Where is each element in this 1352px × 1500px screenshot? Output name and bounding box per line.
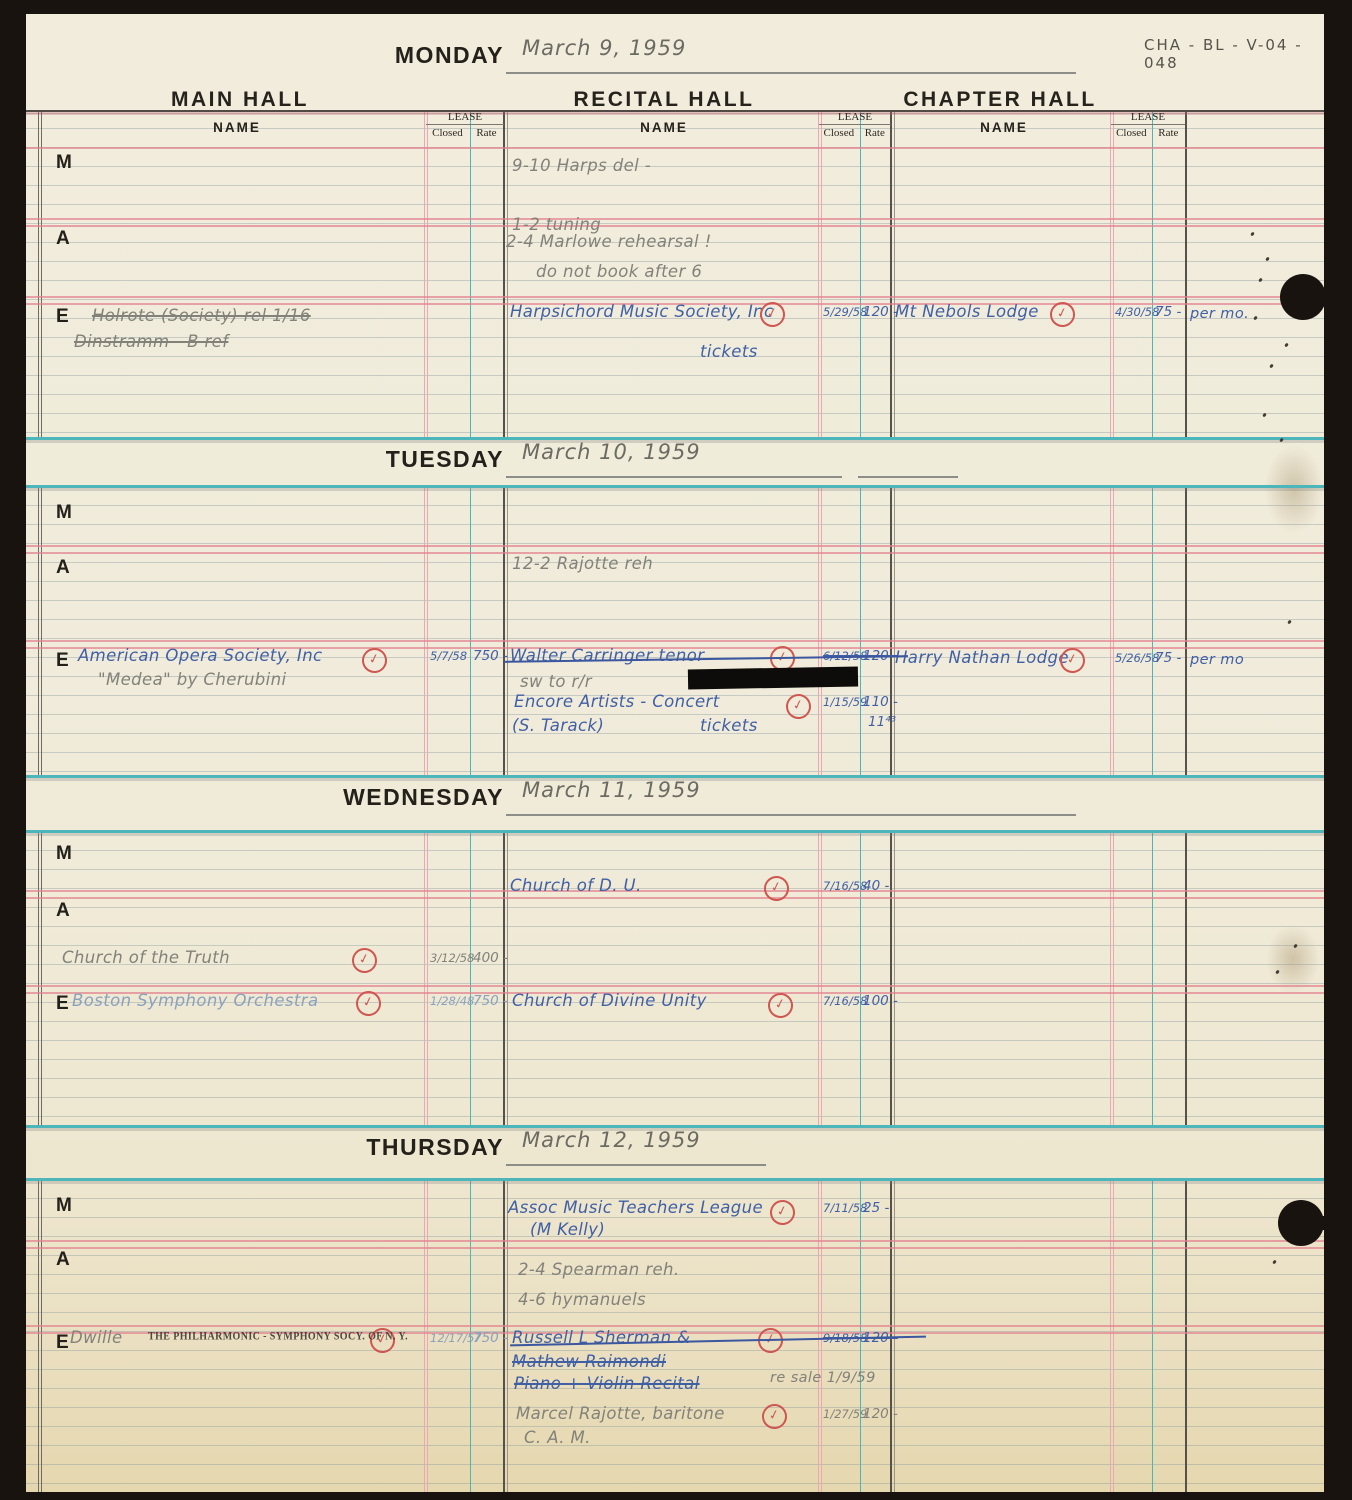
grid-vline [427, 1180, 428, 1492]
day-banner-tuesday: TUESDAY March 10, 1959 [26, 438, 1324, 486]
entry-text-tue-recital-e3: Encore Artists - Concert [514, 692, 720, 711]
row-label-a: A [56, 557, 70, 579]
grid-vline [860, 832, 861, 1125]
punch-hole-notch [1316, 290, 1324, 304]
grid-vline [1113, 487, 1114, 775]
entry-text-tue-main-e: "Medea" by Cherubini [98, 670, 287, 689]
day-date-handwritten: March 11, 1959 [522, 778, 701, 802]
entry-text-wed-main-e: Boston Symphony Orchestra [72, 991, 319, 1010]
annotation-tickets: tickets [700, 716, 758, 735]
row-separator [26, 897, 1324, 899]
lease-closed-date: 7/16/58 [823, 994, 867, 1008]
entry-text-thu-recital-a: 4-6 hymanuels [518, 1290, 646, 1309]
lease-label: LEASE [1111, 111, 1185, 125]
row-label-e: E [56, 306, 69, 328]
hall-title-recital: RECITAL HALL [514, 88, 814, 112]
row-label-e: E [56, 1332, 69, 1354]
grid-vline [424, 487, 425, 775]
grid-vline [821, 487, 822, 775]
entry-text-mon-recital-e: Harpsichord Music Society, Inc [510, 302, 774, 321]
ruled-section [26, 832, 1324, 1125]
column-header-name: NAME [48, 120, 426, 135]
entry-text-thu-recital-e2: C. A. M. [524, 1428, 591, 1447]
day-date-handwritten: March 12, 1959 [522, 1128, 701, 1152]
row-separator [26, 225, 1324, 227]
lease-header: LEASE Closed Rate [426, 111, 504, 146]
row-label-a: A [56, 900, 70, 922]
grid-vline [1152, 832, 1153, 1125]
row-separator [26, 545, 1324, 547]
hall-title-main: MAIN HALL [90, 88, 390, 112]
entry-text-thu-recital-e2: Marcel Rajotte, baritone [516, 1404, 725, 1423]
grid-vline [1152, 1180, 1153, 1492]
entry-text-mon-main-e: Holrote (Society) rel 1/16 [92, 306, 311, 325]
entry-text-wed-recital-e: Church of Divine Unity [512, 991, 707, 1010]
entry-text-wed-recital-m: Church of D. U. [510, 876, 642, 895]
row-separator [26, 985, 1324, 987]
grid-vline [38, 1180, 39, 1492]
grid-vline [427, 110, 428, 437]
lease-rate: 120 - [863, 304, 898, 320]
grid-vline [470, 110, 471, 437]
entry-text-wed-main-a: Church of the Truth [62, 948, 230, 967]
grid-vline [1185, 1180, 1187, 1492]
day-banner-thursday: THURSDAY March 12, 1959 [26, 1126, 1324, 1178]
row-separator [26, 218, 1324, 220]
row-separator [26, 640, 1324, 642]
date-underline [506, 814, 1076, 816]
grid-vline [1110, 110, 1111, 437]
row-separator [26, 296, 1324, 298]
redaction-bar [688, 667, 858, 690]
punch-hole-notch [1314, 1216, 1324, 1230]
day-label: WEDNESDAY [26, 784, 504, 811]
lease-closed-date: 5/26/58 [1115, 651, 1159, 665]
day-label: TUESDAY [26, 446, 504, 473]
grid-vline [507, 110, 508, 437]
day-date-handwritten: March 10, 1959 [522, 440, 701, 464]
lease-closed-date: 3/12/58 [430, 951, 474, 965]
grid-vline [41, 110, 42, 437]
lease-closed-date: 1/28/48 [430, 994, 474, 1008]
entry-text-thu-recital-m: (M Kelly) [530, 1220, 605, 1239]
grid-vline [818, 110, 819, 437]
ledger-paper: CHA - BL - V-04 - 048 MONDAY March 9, 19… [26, 14, 1324, 1492]
grid-vline [818, 832, 819, 1125]
grid-vline [38, 487, 39, 775]
row-separator [26, 1240, 1324, 1242]
grid-vline [818, 1180, 819, 1492]
grid-vline [894, 110, 895, 437]
stamp-philharmonic: THE PHILHARMONIC - SYMPHONY SOCY. OF N. … [148, 1330, 408, 1343]
row-label-m: M [56, 1195, 72, 1217]
lease-rate: 100 - [863, 993, 898, 1009]
lease-header: LEASE Closed Rate [819, 111, 891, 146]
date-underline [506, 476, 842, 478]
entry-text-tue-main-e: American Opera Society, Inc [78, 646, 323, 665]
header-separator [26, 147, 1324, 149]
grid-vline [1185, 110, 1187, 437]
date-underline [506, 72, 1076, 74]
row-label-m: M [56, 843, 72, 865]
grid-vline [1152, 487, 1153, 775]
grid-vline [1185, 487, 1187, 775]
lease-rate: 750 - [473, 1330, 508, 1346]
grid-vline [894, 832, 895, 1125]
lease-closed-date: 5/29/58 [823, 305, 867, 319]
entry-text-thu-recital-a: 2-4 Spearman reh. [518, 1260, 680, 1279]
closed-label: Closed [1111, 127, 1152, 139]
grid-vline [470, 832, 471, 1125]
entry-text-tue-recital-a: 12-2 Rajotte reh [512, 554, 653, 573]
entry-text-thu-recital-e1: Piano + Violin Recital [514, 1374, 700, 1393]
entry-text-thu-main-e: Dwille [70, 1328, 123, 1347]
grid-vline [41, 487, 42, 775]
lease-rate: 750 - [473, 993, 508, 1009]
grid-vline [470, 487, 471, 775]
row-separator [26, 1325, 1324, 1327]
grid-vline [427, 487, 428, 775]
lease-closed-date: 7/11/58 [823, 1201, 867, 1215]
grid-vline [1185, 832, 1187, 1125]
row-label-a: A [56, 1249, 70, 1271]
lease-label: LEASE [426, 111, 504, 125]
entry-text-mon-recital-m: 9-10 Harps del - [512, 156, 651, 175]
grid-vline [1110, 832, 1111, 1125]
grid-vline [1113, 1180, 1114, 1492]
grid-vline [424, 110, 425, 437]
entry-text-mon-chapter-e: Mt Nebols Lodge [895, 302, 1039, 321]
grid-vline [503, 832, 505, 1125]
row-separator [26, 890, 1324, 892]
grid-vline [890, 487, 892, 775]
section-border [26, 1178, 1324, 1181]
grid-vline [821, 110, 822, 437]
grid-vline [41, 1180, 42, 1492]
grid-vline [894, 487, 895, 775]
column-header-name: NAME [895, 120, 1113, 135]
date-underline [506, 1164, 766, 1166]
lease-rate: 110 - [863, 694, 898, 710]
grid-vline [503, 487, 505, 775]
row-label-e: E [56, 993, 69, 1015]
rate-label: Rate [1152, 127, 1185, 139]
grid-vline [860, 487, 861, 775]
grid-vline [424, 832, 425, 1125]
lease-closed-date: 7/16/58 [823, 879, 867, 893]
day-label: THURSDAY [26, 1134, 504, 1161]
grid-vline [427, 832, 428, 1125]
grid-vline [503, 110, 505, 437]
grid-vline [1152, 110, 1153, 437]
grid-vline [507, 832, 508, 1125]
day-banner-monday: MONDAY March 9, 1959 [26, 34, 1324, 86]
lease-header: LEASE Closed Rate [1111, 111, 1185, 146]
grid-vline [41, 832, 42, 1125]
grid-vline [1110, 487, 1111, 775]
lease-closed-date: 1/27/59 [823, 1407, 867, 1421]
grid-vline [860, 110, 861, 437]
entry-text-thu-recital-m: Assoc Music Teachers League [508, 1198, 763, 1217]
scanned-ledger-page: CHA - BL - V-04 - 048 MONDAY March 9, 19… [0, 0, 1352, 1500]
grid-vline [818, 487, 819, 775]
grid-vline [1113, 832, 1114, 1125]
lease-rate: 40 - [863, 878, 889, 894]
lease-rate: 75 - [1155, 304, 1181, 320]
grid-vline [38, 110, 39, 437]
date-underline [858, 476, 958, 478]
entry-text-tue-recital-e2: sw to r/r [520, 672, 592, 691]
row-label-e: E [56, 650, 69, 672]
grid-vline [424, 1180, 425, 1492]
closed-label: Closed [426, 127, 469, 139]
entry-text-tue-recital-e3: (S. Tarack) [512, 716, 604, 735]
grid-vline [821, 1180, 822, 1492]
day-banner-wednesday: WEDNESDAY March 11, 1959 [26, 776, 1324, 831]
row-label-a: A [56, 228, 70, 250]
margin-note: re sale 1/9/59 [770, 1370, 876, 1386]
ruled-section [26, 487, 1324, 775]
day-date-handwritten: March 9, 1959 [522, 36, 686, 60]
grid-vline [1113, 110, 1114, 437]
lease-rate: 120 - [863, 1406, 898, 1422]
entry-text-mon-main-e: Dinstramm - B ref [74, 332, 228, 351]
lease-rate: 750 - [473, 648, 508, 664]
day-label: MONDAY [26, 42, 504, 69]
row-label-m: M [56, 152, 72, 174]
entry-text-thu-recital-e1: Mathew Raimondi [512, 1352, 666, 1371]
lease-closed-date: 5/7/58 [430, 649, 467, 663]
margin-note: per mo [1190, 652, 1244, 668]
lease-rate: 25 - [863, 1200, 889, 1216]
lease-rate-alt: 11⁴³ [868, 714, 896, 730]
lease-rate: 75 - [1155, 650, 1181, 666]
row-separator [26, 1247, 1324, 1249]
grid-vline [890, 832, 892, 1125]
entry-text-mon-recital-a: 2-4 Marlowe rehearsal ! [506, 232, 712, 251]
grid-vline [1110, 1180, 1111, 1492]
grid-vline [38, 832, 39, 1125]
entry-text-mon-recital-e: tickets [700, 342, 758, 361]
lease-closed-date: 1/15/59 [823, 695, 867, 709]
row-separator [26, 552, 1324, 554]
entry-text-mon-recital-a: do not book after 6 [536, 262, 702, 281]
rate-label: Rate [859, 127, 891, 139]
lease-closed-date: 4/30/58 [1115, 305, 1159, 319]
lease-label: LEASE [819, 111, 891, 125]
column-header-name: NAME [510, 120, 818, 135]
grid-vline [821, 832, 822, 1125]
rate-label: Rate [469, 127, 504, 139]
grid-vline [507, 487, 508, 775]
margin-note: per mo. [1190, 306, 1249, 322]
row-label-m: M [56, 502, 72, 524]
hall-title-chapter: CHAPTER HALL [850, 88, 1150, 112]
entry-text-tue-chapter-e: Harry Nathan Lodge [895, 648, 1069, 667]
closed-label: Closed [819, 127, 859, 139]
grid-vline [890, 110, 892, 437]
lease-rate: 400 - [473, 950, 508, 966]
